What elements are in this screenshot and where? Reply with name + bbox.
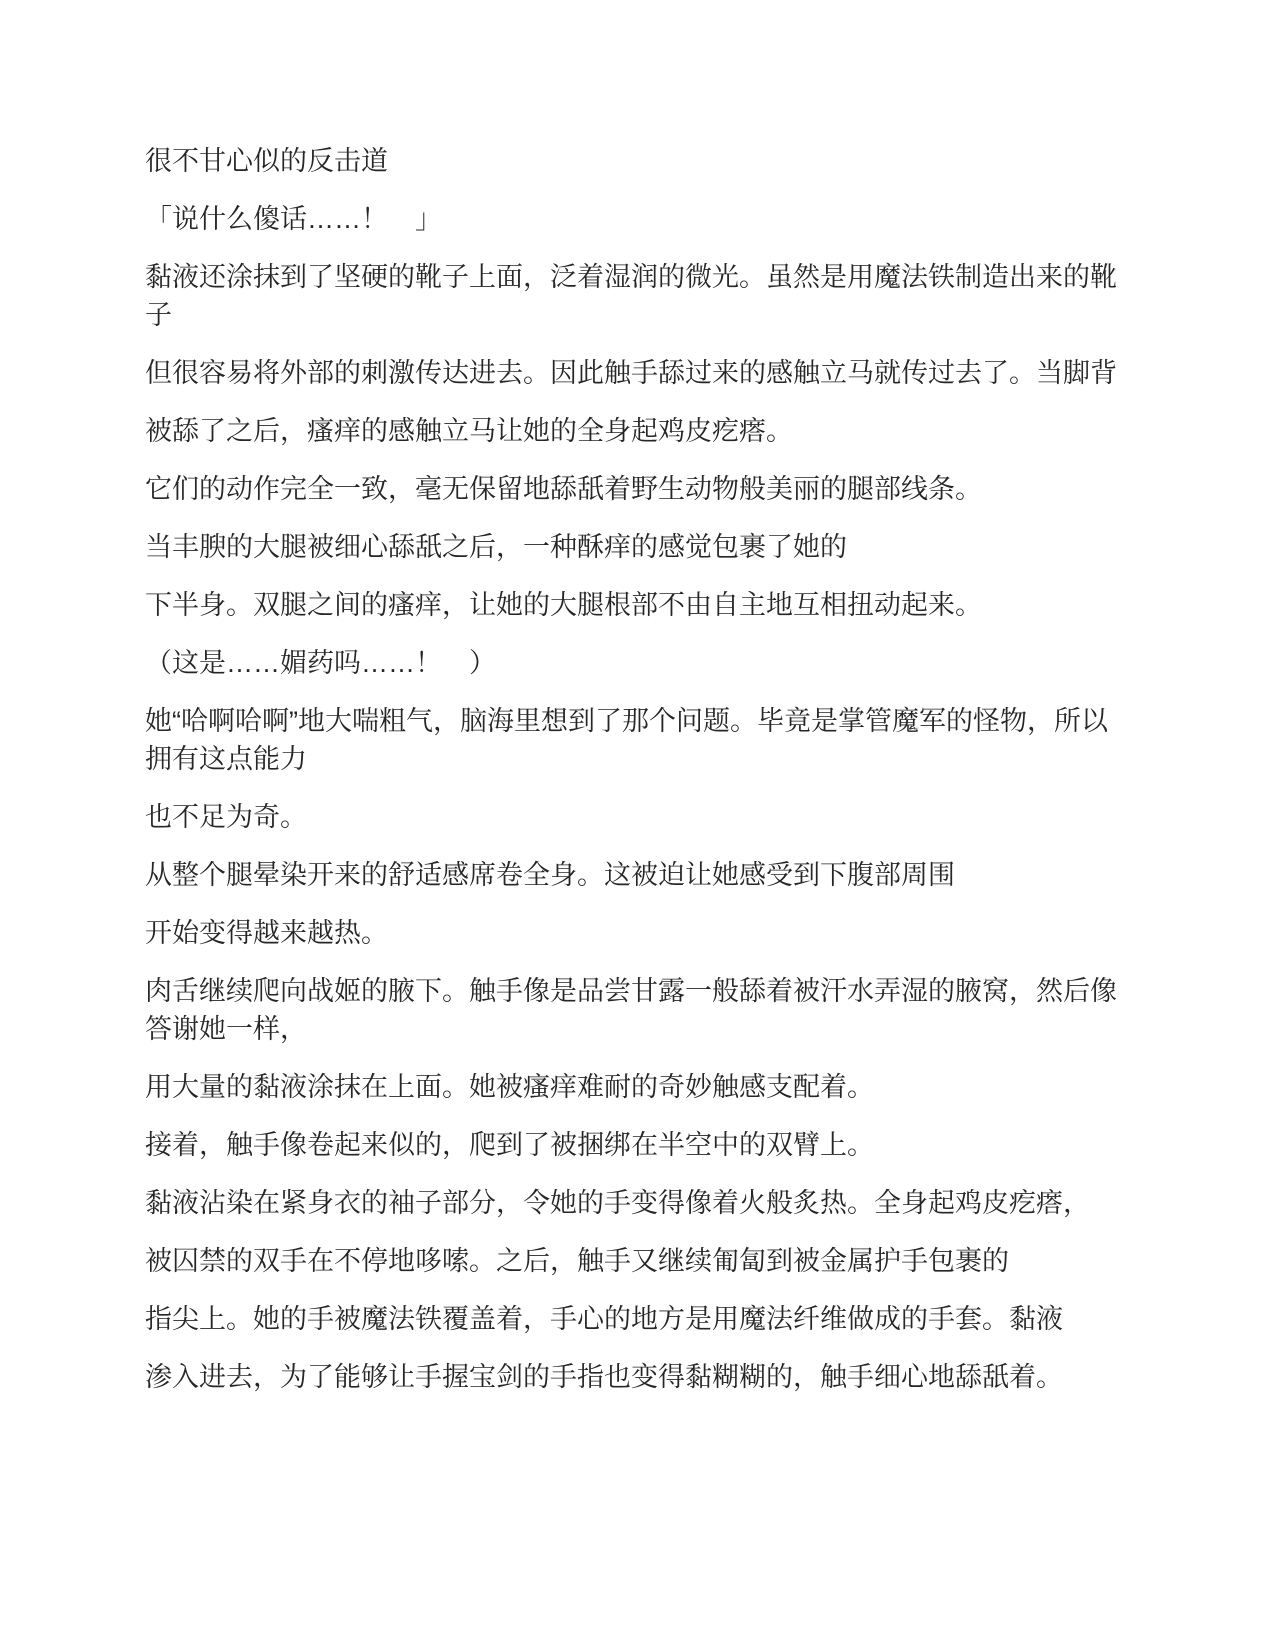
text-line: 指尖上。她的手被魔法铁覆盖着，手心的地方是用魔法纤维做成的手套。黏液 — [145, 1300, 1155, 1338]
paragraph: 接着，触手像卷起来似的，爬到了被捆绑在半空中的双臂上。 — [145, 1126, 1155, 1164]
paragraph: 用大量的黏液涂抹在上面。她被瘙痒难耐的奇妙触感支配着。 — [145, 1068, 1155, 1106]
paragraph: 肉舌继续爬向战姬的腋下。触手像是品尝甘露一般舔着被汗水弄湿的腋窝，然后像答谢她一… — [145, 972, 1155, 1048]
text-line: 子 — [145, 296, 1155, 334]
text-line: 很不甘心似的反击道 — [145, 142, 1155, 180]
paragraph: 当丰腴的大腿被细心舔舐之后，一种酥痒的感觉包裹了她的 — [145, 528, 1155, 566]
text-line: 她“哈啊哈啊”地大喘粗气，脑海里想到了那个问题。毕竟是掌管魔军的怪物，所以 — [145, 702, 1155, 740]
text-line: （这是……媚药吗……！ ） — [145, 644, 1155, 682]
text-line: 渗入进去，为了能够让手握宝剑的手指也变得黏糊糊的，触手细心地舔舐着。 — [145, 1358, 1155, 1396]
text-line: 用大量的黏液涂抹在上面。她被瘙痒难耐的奇妙触感支配着。 — [145, 1068, 1155, 1106]
text-line: 答谢她一样， — [145, 1010, 1155, 1048]
text-line: 黏液还涂抹到了坚硬的靴子上面，泛着湿润的微光。虽然是用魔法铁制造出来的靴 — [145, 258, 1155, 296]
paragraph: 很不甘心似的反击道 — [145, 142, 1155, 180]
paragraph: 它们的动作完全一致，毫无保留地舔舐着野生动物般美丽的腿部线条。 — [145, 470, 1155, 508]
text-line: 黏液沾染在紧身衣的袖子部分，令她的手变得像着火般炙热。全身起鸡皮疙瘩， — [145, 1184, 1155, 1222]
text-line: 开始变得越来越热。 — [145, 914, 1155, 952]
paragraph: 但很容易将外部的刺激传达进去。因此触手舔过来的感触立马就传过去了。当脚背 — [145, 354, 1155, 392]
document-page: 很不甘心似的反击道 「说什么傻话……！ 」 黏液还涂抹到了坚硬的靴子上面，泛着湿… — [0, 0, 1275, 1650]
paragraph: 被囚禁的双手在不停地哆嗦。之后，触手又继续匍匐到被金属护手包裹的 — [145, 1242, 1155, 1280]
text-line: 下半身。双腿之间的瘙痒，让她的大腿根部不由自主地互相扭动起来。 — [145, 586, 1155, 624]
text-line: 它们的动作完全一致，毫无保留地舔舐着野生动物般美丽的腿部线条。 — [145, 470, 1155, 508]
paragraph: 渗入进去，为了能够让手握宝剑的手指也变得黏糊糊的，触手细心地舔舐着。 — [145, 1358, 1155, 1396]
text-line: 被舔了之后，瘙痒的感触立马让她的全身起鸡皮疙瘩。 — [145, 412, 1155, 450]
paragraph: 被舔了之后，瘙痒的感触立马让她的全身起鸡皮疙瘩。 — [145, 412, 1155, 450]
paragraph: 黏液还涂抹到了坚硬的靴子上面，泛着湿润的微光。虽然是用魔法铁制造出来的靴子 — [145, 258, 1155, 334]
paragraph: 也不足为奇。 — [145, 798, 1155, 836]
paragraph: （这是……媚药吗……！ ） — [145, 644, 1155, 682]
text-line: 但很容易将外部的刺激传达进去。因此触手舔过来的感触立马就传过去了。当脚背 — [145, 354, 1155, 392]
text-line: 肉舌继续爬向战姬的腋下。触手像是品尝甘露一般舔着被汗水弄湿的腋窝，然后像 — [145, 972, 1155, 1010]
text-line: 被囚禁的双手在不停地哆嗦。之后，触手又继续匍匐到被金属护手包裹的 — [145, 1242, 1155, 1280]
text-line: 从整个腿晕染开来的舒适感席卷全身。这被迫让她感受到下腹部周围 — [145, 856, 1155, 894]
paragraph: 从整个腿晕染开来的舒适感席卷全身。这被迫让她感受到下腹部周围 — [145, 856, 1155, 894]
text-line: 拥有这点能力 — [145, 740, 1155, 778]
paragraph: 开始变得越来越热。 — [145, 914, 1155, 952]
text-line: 接着，触手像卷起来似的，爬到了被捆绑在半空中的双臂上。 — [145, 1126, 1155, 1164]
paragraph: 她“哈啊哈啊”地大喘粗气，脑海里想到了那个问题。毕竟是掌管魔军的怪物，所以拥有这… — [145, 702, 1155, 778]
paragraph: 下半身。双腿之间的瘙痒，让她的大腿根部不由自主地互相扭动起来。 — [145, 586, 1155, 624]
text-line: 也不足为奇。 — [145, 798, 1155, 836]
paragraph: 「说什么傻话……！ 」 — [145, 200, 1155, 238]
text-line: 当丰腴的大腿被细心舔舐之后，一种酥痒的感觉包裹了她的 — [145, 528, 1155, 566]
paragraph: 黏液沾染在紧身衣的袖子部分，令她的手变得像着火般炙热。全身起鸡皮疙瘩， — [145, 1184, 1155, 1222]
paragraph: 指尖上。她的手被魔法铁覆盖着，手心的地方是用魔法纤维做成的手套。黏液 — [145, 1300, 1155, 1338]
text-line: 「说什么傻话……！ 」 — [145, 200, 1155, 238]
